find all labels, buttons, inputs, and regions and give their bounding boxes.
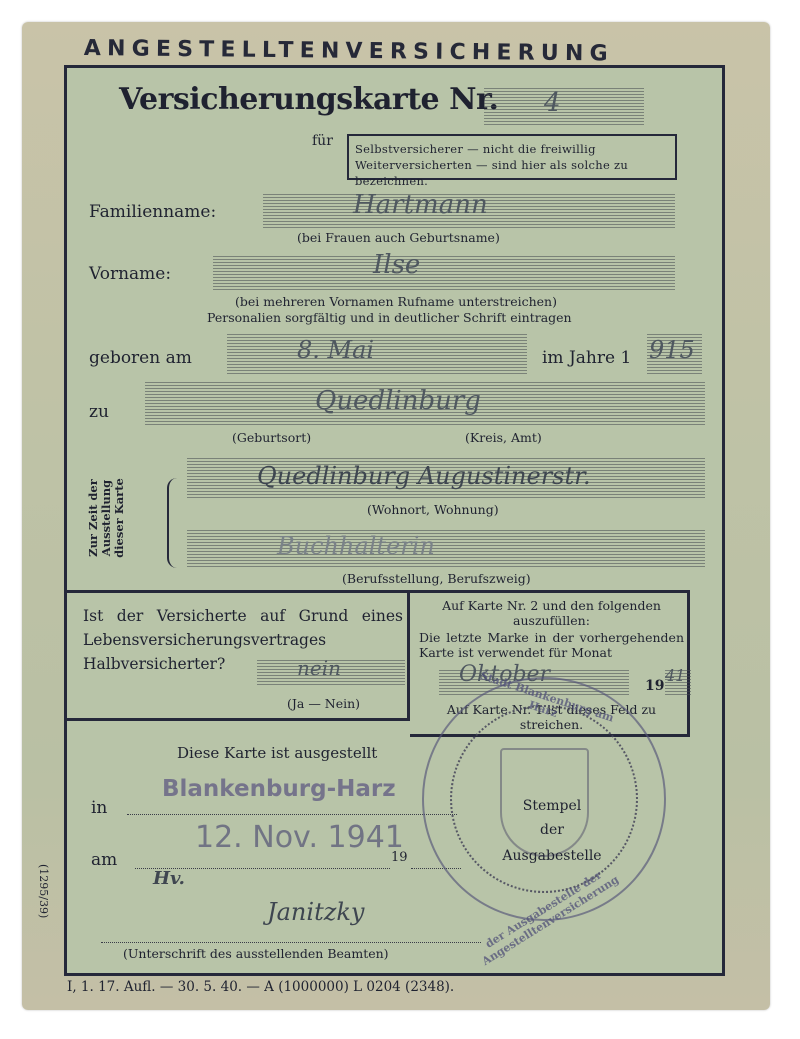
geboren-label: geboren am (89, 348, 192, 368)
familienname-field: Hartmann (263, 192, 675, 228)
year-field: 915 (647, 332, 702, 376)
section-divider (67, 590, 407, 593)
familienname-value: Hartmann (353, 190, 488, 220)
vorname-value: Ilse (373, 250, 420, 280)
issued-in-label: in (91, 798, 107, 818)
issued-in-value: Blankenburg-Harz (162, 776, 396, 802)
kreis-hint: (Kreis, Amt) (465, 430, 542, 445)
card-header: ANGESTELLTENVERSICHERUNG (84, 36, 724, 68)
issued-in-line (127, 810, 457, 815)
self-insured-note: Selbstversicherer — nicht die freiwillig… (347, 134, 677, 180)
stamp-center-2: der (492, 822, 612, 838)
geburtsort-hint: (Geburtsort) (232, 430, 311, 445)
issued-am-value: 12. Nov. 1941 (195, 820, 404, 855)
vorname-hint: (bei mehreren Vornamen Rufname unterstre… (235, 294, 557, 309)
wohnort-hint: (Wohnort, Wohnung) (367, 502, 499, 517)
year-label: im Jahre 1 (542, 348, 631, 368)
ausstellung-side-label: Zur Zeit der Ausstellung dieser Karte (87, 468, 126, 568)
geboren-field: 8. Mai (227, 332, 527, 376)
stamp-center-3: Ausgabestelle (482, 848, 622, 864)
previous-card-text: Die letzte Marke in der vorhergehenden K… (419, 630, 684, 660)
geburtsort-field: Quedlinburg (145, 380, 705, 426)
month-year-value: 41 (665, 666, 685, 685)
personalien-instruction: Personalien sorgfältig und in deutlicher… (207, 310, 572, 325)
card-title: Versicherungskarte Nr. (119, 82, 499, 117)
geburtsort-label: zu (89, 402, 109, 422)
familienname-hint: (bei Frauen auch Geburtsname) (297, 230, 500, 245)
signature-line (101, 938, 481, 943)
geboren-value: 8. Mai (297, 336, 374, 364)
halbversichert-field: nein (257, 658, 405, 686)
card-number-value: 4 (544, 88, 561, 118)
vorname-field: Ilse (213, 254, 675, 290)
wohnort-value: Quedlinburg Augustinerstr. (257, 462, 591, 490)
initials: Hv. (153, 868, 185, 889)
card-number-field: 4 (484, 86, 644, 126)
issued-heading: Diese Karte ist ausgestellt (177, 744, 377, 762)
print-footer: I, 1. 17. Aufl. — 30. 5. 40. — A (100000… (67, 979, 454, 995)
fuer-label: für (312, 133, 333, 149)
section-divider-bottom (67, 718, 410, 721)
signature: Janitzky (267, 898, 364, 926)
insurance-card: ANGESTELLTENVERSICHERUNG (1295/39) Versi… (22, 22, 770, 1010)
month-year-field: 41 (665, 668, 691, 696)
year-prefix: 19 (645, 678, 664, 694)
beruf-value: Buchhalterin (277, 532, 435, 560)
beruf-hint: (Berufsstellung, Berufszweig) (342, 571, 531, 586)
stamp-center-1: Stempel (492, 798, 612, 814)
year-value: 915 (649, 336, 695, 364)
issued-am-suffix: 19 (391, 850, 408, 865)
vorname-label: Vorname: (89, 264, 171, 284)
familienname-label: Familienname: (89, 202, 216, 222)
geburtsort-value: Quedlinburg (315, 386, 481, 416)
beruf-field: Buchhalterin (187, 528, 705, 568)
signature-hint: (Unterschrift des ausstellenden Beamten) (123, 946, 389, 961)
issued-am-label: am (91, 850, 117, 870)
side-bracket (167, 478, 179, 568)
halbversichert-hint: (Ja — Nein) (287, 696, 360, 711)
side-print-code: (1295/39) (37, 864, 50, 918)
previous-card-intro: Auf Karte Nr. 2 und den folgenden auszuf… (419, 598, 684, 628)
wohnort-field: Quedlinburg Augustinerstr. (187, 456, 705, 500)
halbversichert-value: nein (297, 656, 341, 680)
